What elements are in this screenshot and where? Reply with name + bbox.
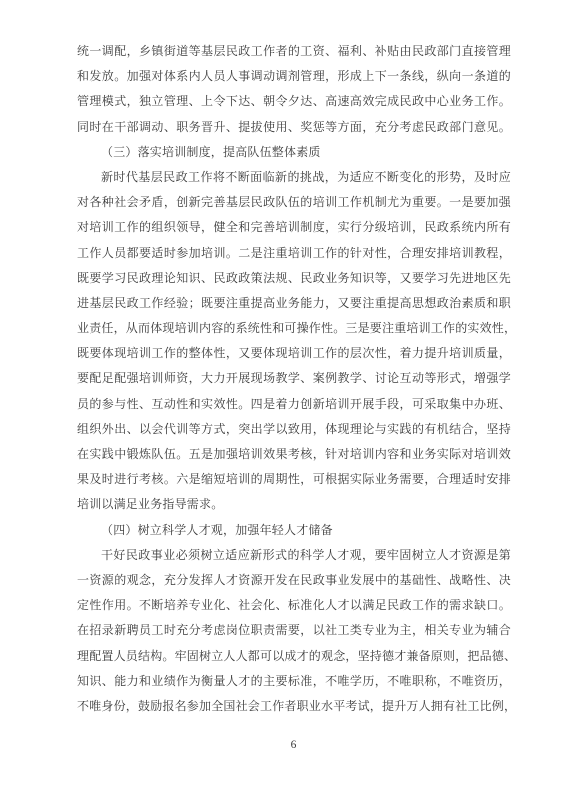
text-line: 和发放。加强对体系内人员人事调动调剂管理，形成上下一条线，纵向一条道的 [77,64,511,89]
text-line: 业责任，从而体现培训内容的系统性和可操作性。三是要注重培训工作的实效性， [77,316,511,341]
section-heading: （三）落实培训制度，提高队伍整体素质 [77,140,511,165]
text-line: 要配足配强培训师资，大力开展现场教学、案例教学、讨论互动等形式，增强学 [77,366,511,391]
text-line: 组织外出、以会代训等方式，突出学以致用，体现理论与实践的有机结合，坚持 [77,417,511,442]
document-page: 统一调配，乡镇街道等基层民政工作者的工资、福利、补贴由民政部门直接管理和发放。加… [0,0,587,803]
text-line: 理配置人员结构。牢固树立人人都可以成才的观念，坚持德才兼备原则，把品德、 [77,644,511,669]
text-line: 新时代基层民政工作将不断面临新的挑战，为适应不断变化的形势，及时应 [77,165,511,190]
text-line: 同时在干部调动、职务晋升、提拔使用、奖惩等方面，充分考虑民政部门意见。 [77,115,511,140]
text-line: 进基层民政工作经验；既要注重提高业务能力，又要注重提高思想政治素质和职 [77,291,511,316]
text-line: 果及时进行考核。六是缩短培训的周期性，可根据实际业务需要，合理适时安排 [77,467,511,492]
text-line: 管理模式，独立管理、上令下达、朝令夕达、高速高效完成民政中心业务工作。 [77,89,511,114]
paragraph-talent: 干好民政事业必须树立适应新形式的科学人才观，要牢固树立人才资源是第一资源的观念，… [77,543,511,719]
text-line: 既要学习民政理论知识、民政政策法规、民政业务知识等，又要学习先进地区先 [77,266,511,291]
text-line: 一资源的观念，充分发挥人才资源开发在民政事业发展中的基础性、战略性、决 [77,568,511,593]
text-line: 干好民政事业必须树立适应新形式的科学人才观，要牢固树立人才资源是第 [77,543,511,568]
text-line: 培训以满足业务指导需求。 [77,492,511,517]
text-line: 知识、能力和业绩作为衡量人才的主要标准，不唯学历，不唯职称，不唯资历， [77,669,511,694]
text-line: 对各种社会矛盾，创新完善基层民政队伍的培训工作机制尤为重要。一是要加强 [77,190,511,215]
text-line: 既要体现培训工作的整体性，又要体现培训工作的层次性，着力提升培训质量， [77,341,511,366]
text-line: 工作人员都要适时参加培训。二是注重培训工作的针对性，合理安排培训教程， [77,241,511,266]
text-line: 员的参与性、互动性和实效性。四是着力创新培训开展手段，可采取集中办班、 [77,392,511,417]
page-number: 6 [0,737,587,753]
text-line: 在招录新聘员工时充分考虑岗位职责需要，以社工类专业为主，相关专业为辅合 [77,618,511,643]
paragraph-training: 新时代基层民政工作将不断面临新的挑战，为适应不断变化的形势，及时应对各种社会矛盾… [77,165,511,518]
text-line: 在实践中锻炼队伍。五是加强培训效果考核，针对培训内容和业务实际对培训效 [77,442,511,467]
section-heading: （四）树立科学人才观，加强年轻人才储备 [77,518,511,543]
document-body: 统一调配，乡镇街道等基层民政工作者的工资、福利、补贴由民政部门直接管理和发放。加… [77,39,511,719]
heading-section-3: （三）落实培训制度，提高队伍整体素质 [77,140,511,165]
text-line: 对培训工作的组织领导，健全和完善培训制度，实行分级培训，民政系统内所有 [77,215,511,240]
paragraph-continuation: 统一调配，乡镇街道等基层民政工作者的工资、福利、补贴由民政部门直接管理和发放。加… [77,39,511,140]
text-line: 定性作用。不断培养专业化、社会化、标准化人才以满足民政工作的需求缺口。 [77,593,511,618]
text-line: 统一调配，乡镇街道等基层民政工作者的工资、福利、补贴由民政部门直接管理 [77,39,511,64]
heading-section-4: （四）树立科学人才观，加强年轻人才储备 [77,518,511,543]
text-line: 不唯身份，鼓励报名参加全国社会工作者职业水平考试，提升万人拥有社工比例， [77,694,511,719]
